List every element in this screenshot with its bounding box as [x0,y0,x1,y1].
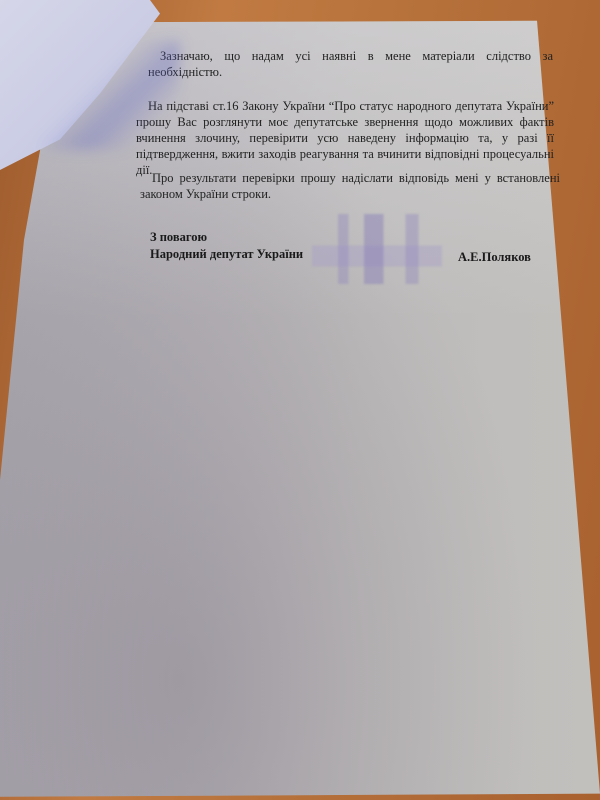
curl-shadow [40,40,180,150]
signature-title: Народний депутат України [150,247,303,262]
paragraph-response: Про результати перевірки прошу надіслати… [140,170,560,202]
signature-name: А.Е.Поляков [458,250,531,265]
redacted-signature [312,214,442,284]
paragraph-materials: Зазначаю, що надам усі наявні в мене мат… [148,48,553,80]
paragraph-request: На підставі ст.16 Закону України “Про ст… [136,98,554,178]
signature-greeting: З повагою [150,230,207,245]
